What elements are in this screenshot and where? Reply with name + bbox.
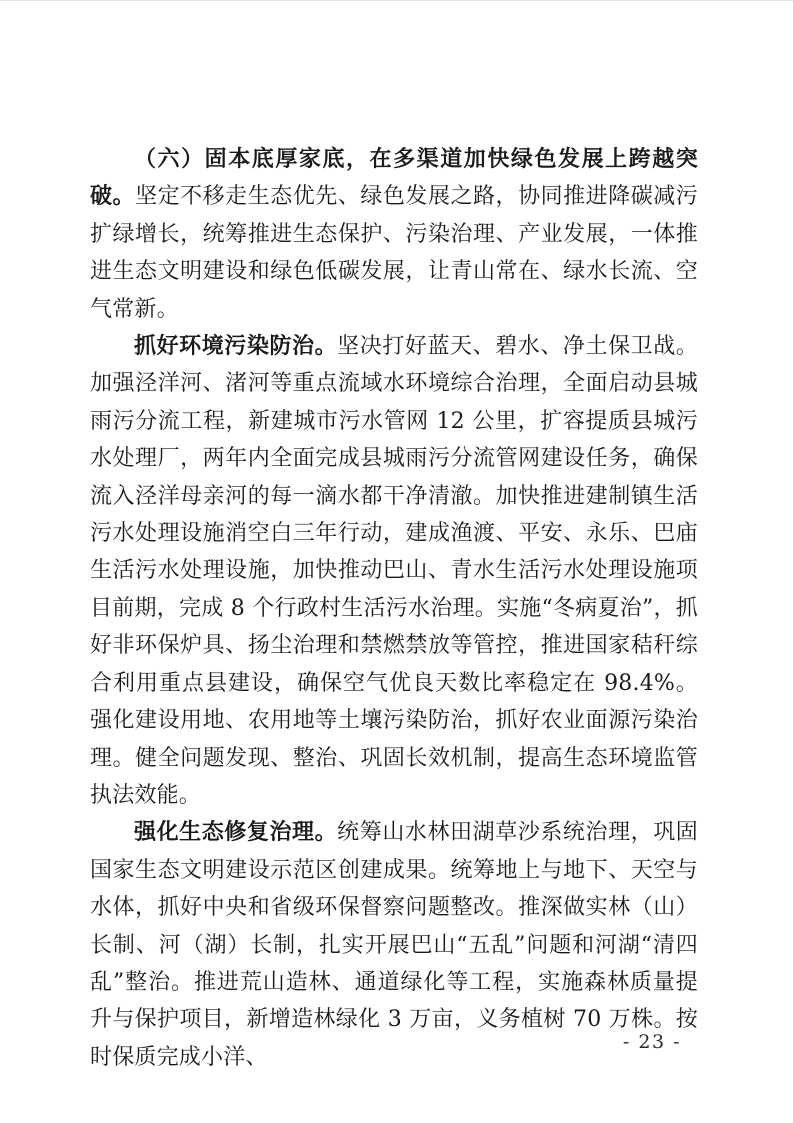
document-body: （六）固本底厚家底，在多渠道加快绿色发展上跨越突破。坚定不移走生态优先、绿色发展…	[90, 141, 698, 1076]
page-number: - 23 -	[623, 1031, 681, 1053]
paragraph-text: 统筹山水林田湖草沙系统治理，巩固国家生态文明建设示范区创建成果。统筹地上与地下、…	[90, 820, 698, 1069]
paragraph-pollution-control: 抓好环境污染防治。坚决打好蓝天、碧水、净土保卫战。加强泾洋河、渚河等重点流域水环…	[90, 328, 698, 814]
paragraph-ecological-restoration: 强化生态修复治理。统筹山水林田湖草沙系统治理，巩固国家生态文明建设示范区创建成果…	[90, 814, 698, 1076]
paragraph-lead: 抓好环境污染防治。	[134, 333, 337, 359]
section-heading-paragraph: （六）固本底厚家底，在多渠道加快绿色发展上跨越突破。坚定不移走生态优先、绿色发展…	[90, 141, 698, 328]
document-page: （六）固本底厚家底，在多渠道加快绿色发展上跨越突破。坚定不移走生态优先、绿色发展…	[0, 0, 793, 1123]
paragraph-lead: 强化生态修复治理。	[134, 819, 337, 845]
paragraph-text: 坚定不移走生态优先、绿色发展之路，协同推进降碳减污扩绿增长，统筹推进生态保护、污…	[90, 184, 698, 321]
paragraph-text: 坚决打好蓝天、碧水、净土保卫战。加强泾洋河、渚河等重点流域水环境综合治理，全面启…	[90, 334, 698, 808]
